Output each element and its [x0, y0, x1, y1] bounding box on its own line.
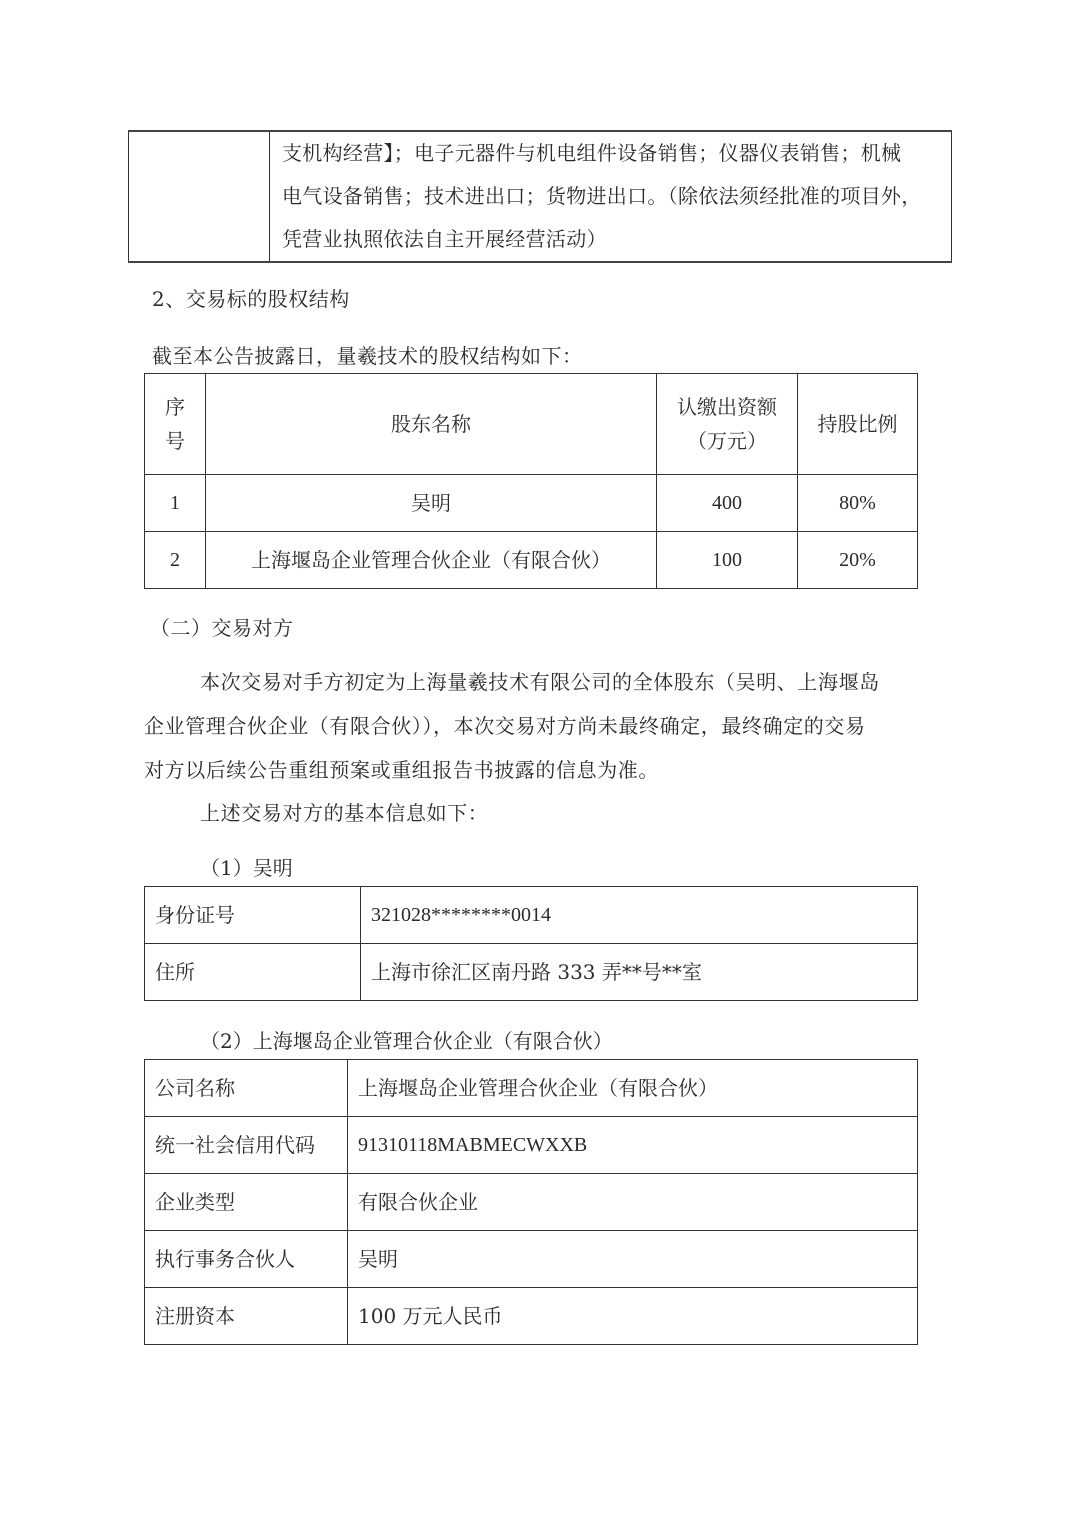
header-seq: 序 号 — [145, 374, 206, 475]
equity-structure-table: 序 号 股东名称 认缴出资额 （万元） 持股比例 1 吴明 400 80% 2 … — [144, 373, 918, 589]
cell-seq: 1 — [145, 475, 206, 532]
business-scope-line: 支机构经营】；电子元器件与机电组件设备销售；仪器仪表销售；机械 — [282, 132, 941, 175]
table-row: 执行事务合伙人 吴明 — [145, 1231, 918, 1288]
table-row: 2 上海堰岛企业管理合伙企业（有限合伙） 100 20% — [145, 532, 918, 589]
header-shareholder-name: 股东名称 — [206, 374, 657, 475]
table-row: 企业类型 有限合伙企业 — [145, 1174, 918, 1231]
table-row: 住所 上海市徐汇区南丹路 333 弄**号**室 — [145, 944, 918, 1001]
cell-shareholder-name: 吴明 — [206, 475, 657, 532]
label-company-name: 公司名称 — [145, 1060, 348, 1117]
person-heading: （1）吴明 — [200, 852, 293, 881]
label-enterprise-type: 企业类型 — [145, 1174, 348, 1231]
value-address: 上海市徐汇区南丹路 333 弄**号**室 — [361, 944, 918, 1001]
cell-seq: 2 — [145, 532, 206, 589]
basic-info-intro: 上述交易对方的基本信息如下： — [200, 797, 488, 826]
equity-intro-text: 截至本公告披露日，量羲技术的股权结构如下： — [152, 340, 583, 369]
value-id-number: 321028********0014 — [361, 887, 918, 944]
table-row: 公司名称 上海堰岛企业管理合伙企业（有限合伙） — [145, 1060, 918, 1117]
label-executive-partner: 执行事务合伙人 — [145, 1231, 348, 1288]
cell-capital: 400 — [657, 475, 798, 532]
label-address: 住所 — [145, 944, 361, 1001]
table-row: 注册资本 100 万元人民币 — [145, 1288, 918, 1345]
table-row: 支机构经营】；电子元器件与机电组件设备销售；仪器仪表销售；机械 电气设备销售；技… — [129, 131, 952, 262]
cell-ratio: 80% — [798, 475, 918, 532]
cell-ratio: 20% — [798, 532, 918, 589]
table-row: 1 吴明 400 80% — [145, 475, 918, 532]
empty-label-cell — [129, 131, 270, 262]
business-scope-cell: 支机构经营】；电子元器件与机电组件设备销售；仪器仪表销售；机械 电气设备销售；技… — [270, 131, 952, 262]
person-info-table: 身份证号 321028********0014 住所 上海市徐汇区南丹路 333… — [144, 886, 918, 1001]
value-enterprise-type: 有限合伙企业 — [348, 1174, 918, 1231]
partnership-info-table: 公司名称 上海堰岛企业管理合伙企业（有限合伙） 统一社会信用代码 9131011… — [144, 1059, 918, 1345]
label-credit-code: 统一社会信用代码 — [145, 1117, 348, 1174]
section-heading-equity-structure: 2、交易标的股权结构 — [152, 283, 350, 312]
value-registered-capital: 100 万元人民币 — [348, 1288, 918, 1345]
business-scope-table: 支机构经营】；电子元器件与机电组件设备销售；仪器仪表销售；机械 电气设备销售；技… — [128, 130, 952, 263]
cell-shareholder-name: 上海堰岛企业管理合伙企业（有限合伙） — [206, 532, 657, 589]
header-subscribed-capital: 认缴出资额 （万元） — [657, 374, 798, 475]
business-scope-line: 电气设备销售；技术进出口；货物进出口。（除依法须经批准的项目外， — [282, 175, 941, 218]
table-row: 身份证号 321028********0014 — [145, 887, 918, 944]
value-company-name: 上海堰岛企业管理合伙企业（有限合伙） — [348, 1060, 918, 1117]
partnership-heading: （2）上海堰岛企业管理合伙企业（有限合伙） — [200, 1025, 613, 1054]
value-credit-code: 91310118MABMECWXXB — [348, 1117, 918, 1174]
table-header-row: 序 号 股东名称 认缴出资额 （万元） 持股比例 — [145, 374, 918, 475]
table-row: 统一社会信用代码 91310118MABMECWXXB — [145, 1117, 918, 1174]
label-id-number: 身份证号 — [145, 887, 361, 944]
header-shareholding-ratio: 持股比例 — [798, 374, 918, 475]
label-registered-capital: 注册资本 — [145, 1288, 348, 1345]
counterparty-paragraph: 本次交易对手方初定为上海量羲技术有限公司的全体股东（吴明、上海堰岛 企业管理合伙… — [144, 660, 934, 792]
value-executive-partner: 吴明 — [348, 1231, 918, 1288]
section-heading-counterparty: （二）交易对方 — [150, 612, 294, 641]
cell-capital: 100 — [657, 532, 798, 589]
business-scope-line: 凭营业执照依法自主开展经营活动） — [282, 218, 941, 261]
